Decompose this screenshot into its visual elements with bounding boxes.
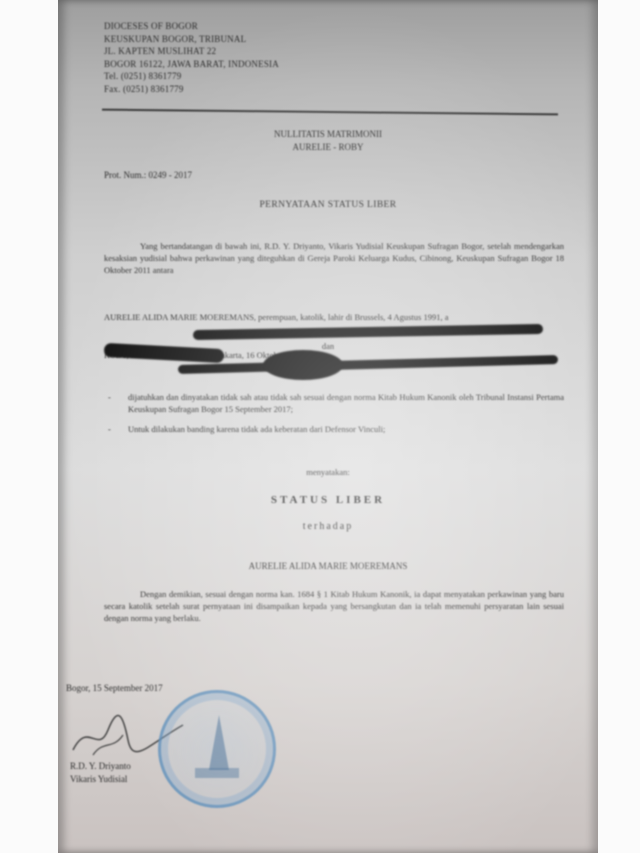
findings-list: dijatuhkan dan dinyatakan tidak sah atau…: [104, 391, 564, 443]
party-1: AURELIE ALIDA MARIE MOEREMANS, perempuan…: [104, 311, 564, 323]
case-heading: NULLITATIS MATRIMONII AURELIE - ROBY: [58, 128, 598, 154]
case-title: NULLITATIS MATRIMONII: [58, 128, 598, 141]
signatory: R.D. Y. Driyanto Vikaris Yudisial: [70, 760, 131, 786]
status-liber-heading: STATUS LIBER: [58, 494, 598, 506]
declares-label: menyatakan:: [58, 467, 598, 477]
letterhead-line: Keuskupan Bogor, Tribunal: [104, 33, 279, 46]
letterhead-line: Dioceses of Bogor: [104, 20, 279, 33]
subject-name: AURELIE ALIDA MARIE MOEREMANS: [58, 561, 598, 571]
redaction-mark: [193, 324, 543, 340]
seal-stamp-icon: [158, 690, 276, 808]
letterhead-line: Tel. (0251) 8361779: [104, 70, 279, 83]
terhadap-label: terhadap: [58, 521, 598, 532]
redaction-mark: [263, 350, 343, 380]
church-tower-icon: [209, 715, 229, 770]
finding-item: dijatuhkan dan dinyatakan tidak sah atau…: [104, 391, 564, 415]
finding-item: Untuk dilakukan banding karena tidak ada…: [104, 423, 564, 435]
header-divider: [102, 109, 558, 116]
case-parties: AURELIE - ROBY: [58, 141, 598, 154]
church-base-icon: [195, 768, 239, 778]
letter: Dioceses of Bogor Keuskupan Bogor, Tribu…: [58, 0, 598, 853]
signatory-name: R.D. Y. Driyanto: [70, 760, 131, 773]
protocol-number: Prot. Num.: 0249 - 2017: [104, 170, 192, 180]
closing-paragraph: Dengan demikian, sesuai dengan norma kan…: [104, 588, 564, 624]
place-date: Bogor, 15 September 2017: [66, 683, 163, 693]
intro-paragraph: Yang bertandatangan di bawah ini, R.D. Y…: [104, 240, 564, 276]
letterhead: Dioceses of Bogor Keuskupan Bogor, Tribu…: [104, 20, 279, 95]
signatory-role: Vikaris Yudisial: [70, 773, 131, 786]
statement-title: PERNYATAAN STATUS LIBER: [58, 200, 598, 210]
letterhead-line: Fax. (0251) 8361779: [104, 83, 279, 96]
document-photo: Dioceses of Bogor Keuskupan Bogor, Tribu…: [58, 0, 598, 853]
letterhead-line: Bogor 16122, Jawa Barat, Indonesia: [104, 58, 279, 71]
letterhead-line: Jl. Kapten Muslihat 22: [104, 45, 279, 58]
